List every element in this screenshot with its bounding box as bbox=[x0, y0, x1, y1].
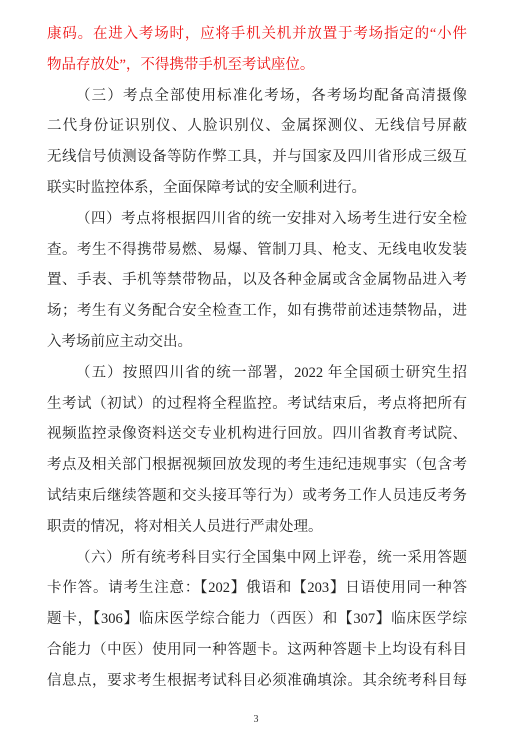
text-line: （六）所有统考科目实行全国集中网上评卷，统一采用答题 bbox=[47, 543, 467, 574]
text-line: 卡作答。请考生注意：【202】俄语和【203】日语使用同一种答 bbox=[47, 573, 467, 604]
text-line: 场；考生有义务配合安全检查工作，如有携带前述违禁物品，进 bbox=[47, 296, 467, 327]
text-line: （五）按照四川省的统一部署，2022 年全国硕士研究生招 bbox=[47, 358, 467, 389]
text-line: （三）考点全部使用标准化考场，各考场均配备高清摄像头、 bbox=[47, 81, 467, 112]
page-body: 康码。在进入考场时，应将手机关机并放置于考场指定的“小件物品存放处”，不得携带手… bbox=[47, 19, 467, 697]
document-page: 康码。在进入考场时，应将手机关机并放置于考场指定的“小件物品存放处”，不得携带手… bbox=[0, 0, 512, 743]
text-line: 置、手表、手机等禁带物品，以及各种金属或含金属物品进入考 bbox=[47, 265, 467, 296]
text-line: 物品存放处”，不得携带手机至考试座位。 bbox=[47, 50, 467, 81]
paragraph-item-6-answer-sheets: （六）所有统考科目实行全国集中网上评卷，统一采用答题卡作答。请考生注意：【202… bbox=[47, 543, 467, 697]
paragraph-item-5-full-process-monitoring: （五）按照四川省的统一部署，2022 年全国硕士研究生招生考试（初试）的过程将全… bbox=[47, 358, 467, 543]
text-line: 查。考生不得携带易燃、易爆、管制刀具、枪支、无线电收发装 bbox=[47, 235, 467, 266]
text-line: 题卡，【306】临床医学综合能力（西医）和【307】临床医学综 bbox=[47, 604, 467, 635]
page-number: 3 bbox=[0, 714, 512, 725]
text-line: 考点及相关部门根据视频回放发现的考生违纪违规事实（包含考 bbox=[47, 450, 467, 481]
text-line: 入考场前应主动交出。 bbox=[47, 327, 467, 358]
text-line: 试结束后继续答题和交头接耳等行为）或考务工作人员违反考务 bbox=[47, 481, 467, 512]
text-line: 视频监控录像资料送交专业机构进行回放。四川省教育考试院、 bbox=[47, 419, 467, 450]
text-line: 联实时监控体系，全面保障考试的安全顺利进行。 bbox=[47, 173, 467, 204]
paragraph-item-4-security-check: （四）考点将根据四川省的统一安排对入场考生进行安全检查。考生不得携带易燃、易爆、… bbox=[47, 204, 467, 358]
text-line: 信息点，要求考生根据考试科目必须准确填涂。其余统考科目每 bbox=[47, 666, 467, 697]
text-line: 二代身份证识别仪、人脸识别仪、金属探测仪、无线信号屏蔽仪、 bbox=[47, 111, 467, 142]
text-line: 无线信号侦测设备等防作弊工具，并与国家及四川省形成三级互 bbox=[47, 142, 467, 173]
text-line: （四）考点将根据四川省的统一安排对入场考生进行安全检 bbox=[47, 204, 467, 235]
text-line: 康码。在进入考场时，应将手机关机并放置于考场指定的“小件 bbox=[47, 19, 467, 50]
paragraph-item-3-standardized-exam-rooms: （三）考点全部使用标准化考场，各考场均配备高清摄像头、二代身份证识别仪、人脸识别… bbox=[47, 81, 467, 204]
text-line: 合能力（中医）使用同一种答题卡。这两种答题卡上均设有科目 bbox=[47, 635, 467, 666]
text-line: 职责的情况，将对相关人员进行严肃处理。 bbox=[47, 512, 467, 543]
paragraph-phone-storage-rule-continued: 康码。在进入考场时，应将手机关机并放置于考场指定的“小件物品存放处”，不得携带手… bbox=[47, 19, 467, 81]
text-line: 生考试（初试）的过程将全程监控。考试结束后，考点将把所有 bbox=[47, 389, 467, 420]
